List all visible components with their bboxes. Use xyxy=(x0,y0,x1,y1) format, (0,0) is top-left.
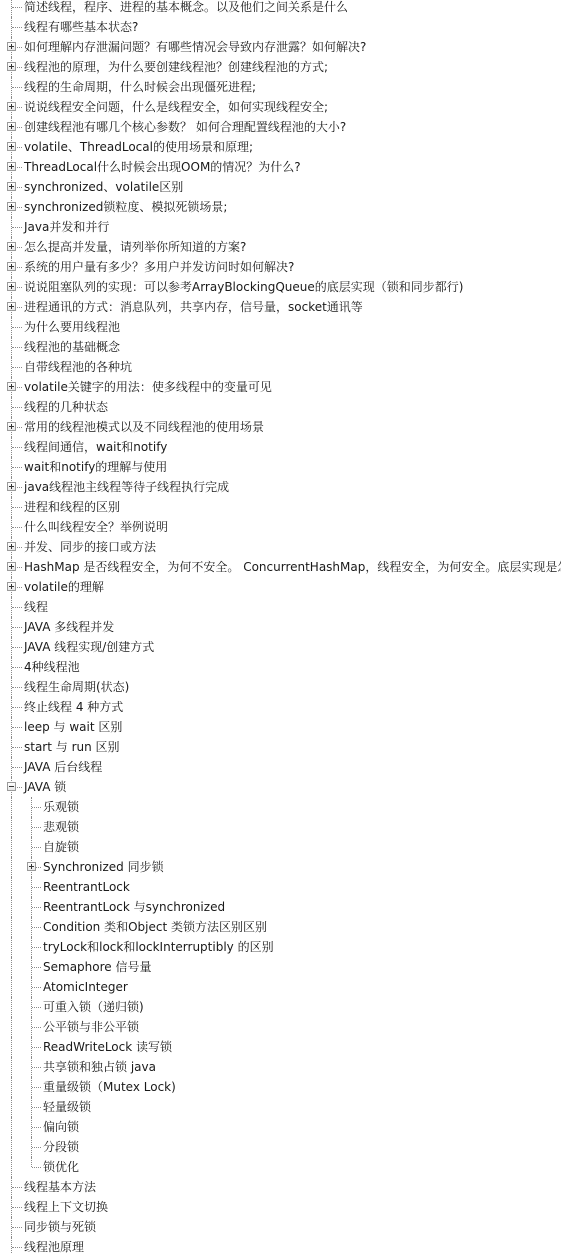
tree-branch-line xyxy=(32,947,41,948)
tree-branch-line xyxy=(12,667,22,668)
tree-node-label[interactable]: 进程和线程的区别 xyxy=(24,497,120,517)
tree-guide-line xyxy=(31,1157,32,1167)
tree-guide-line xyxy=(11,957,12,977)
tree-node-label[interactable]: 线程池的基础概念 xyxy=(24,337,120,357)
expand-plus-icon[interactable] xyxy=(7,162,16,171)
tree-branch-line xyxy=(32,1007,41,1008)
tree-node-label[interactable]: 线程间通信，wait和notify xyxy=(24,437,167,457)
tree-node[interactable]: JAVA 后台线程 xyxy=(0,757,561,777)
expand-plus-icon[interactable] xyxy=(7,282,16,291)
tree-node[interactable]: volatile关键字的用法：使多线程中的变量可见 xyxy=(0,377,561,397)
tree-node-label[interactable]: 终止线程 4 种方式 xyxy=(24,697,123,717)
tree-node-label[interactable]: 偏向锁 xyxy=(43,1117,79,1137)
tree-node-label[interactable]: 常用的线程池模式以及不同线程池的使用场景 xyxy=(24,417,264,437)
expand-plus-icon[interactable] xyxy=(7,202,16,211)
tree-node[interactable]: 怎么提高并发量，请列举你所知道的方案? xyxy=(0,237,561,257)
tree-guide-line xyxy=(11,837,12,857)
tree-node-label[interactable]: leep 与 wait 区别 xyxy=(24,717,122,737)
tree-guide-line xyxy=(11,797,12,817)
tree-child-node[interactable]: 偏向锁 xyxy=(0,1117,561,1137)
tree-child-node[interactable]: 自旋锁 xyxy=(0,837,561,857)
tree-node-label[interactable]: 同步锁与死锁 xyxy=(24,1217,96,1237)
expand-plus-icon[interactable] xyxy=(7,42,16,51)
tree-child-node[interactable]: 锁优化 xyxy=(0,1157,561,1177)
tree-branch-line xyxy=(32,887,41,888)
tree-guide-line xyxy=(11,1117,12,1137)
collapse-minus-icon[interactable] xyxy=(7,782,16,791)
tree-node-label[interactable]: 为什么要用线程池 xyxy=(24,317,120,337)
tree-node-label[interactable]: 共享锁和独占锁 java xyxy=(43,1057,156,1077)
tree-node[interactable]: 自带线程池的各种坑 xyxy=(0,357,561,377)
expand-plus-icon[interactable] xyxy=(7,562,16,571)
tree-node[interactable]: 常用的线程池模式以及不同线程池的使用场景 xyxy=(0,417,561,437)
tree-node[interactable]: 线程的几种状态 xyxy=(0,397,561,417)
tree-branch-line xyxy=(12,647,22,648)
tree-child-node[interactable]: 可重入锁（递归锁) xyxy=(0,997,561,1017)
expand-plus-icon[interactable] xyxy=(7,482,16,491)
expand-plus-icon[interactable] xyxy=(7,122,16,131)
tree-node-label[interactable]: Semaphore 信号量 xyxy=(43,957,151,977)
expand-plus-icon[interactable] xyxy=(7,422,16,431)
expand-plus-icon[interactable] xyxy=(7,142,16,151)
tree-branch-line xyxy=(12,507,22,508)
tree-guide-line xyxy=(11,1077,12,1097)
tree-node-label[interactable]: 4种线程池 xyxy=(24,657,80,677)
tree-node-label[interactable]: 线程上下文切换 xyxy=(24,1197,108,1217)
tree-node-label[interactable]: 线程基本方法 xyxy=(24,1177,96,1197)
expand-plus-icon[interactable] xyxy=(7,582,16,591)
tree-branch-line xyxy=(32,1127,41,1128)
tree-child-node[interactable]: 共享锁和独占锁 java xyxy=(0,1057,561,1077)
tree-branch-line xyxy=(32,1167,41,1168)
tree-node-label[interactable]: 可重入锁（递归锁) xyxy=(43,997,144,1017)
tree-node[interactable]: 什么叫线程安全？举例说明 xyxy=(0,517,561,537)
tree-guide-line xyxy=(11,1057,12,1077)
tree-node[interactable]: synchronized锁粒度、模拟死锁场景; xyxy=(0,197,561,217)
tree-guide-line xyxy=(11,1137,12,1157)
tree-node[interactable]: 系统的用户量有多少？多用户并发访问时如何解决? xyxy=(0,257,561,277)
tree-branch-line xyxy=(12,227,22,228)
tree-child-node[interactable]: 悲观锁 xyxy=(0,817,561,837)
tree-child-node[interactable]: Synchronized 同步锁 xyxy=(0,857,561,877)
tree-node-label[interactable]: java线程池主线程等待子线程执行完成 xyxy=(24,477,229,497)
tree-node-label[interactable]: 线程有哪些基本状态? xyxy=(24,17,138,37)
tree-node-label[interactable]: 线程池的原理，为什么要创建线程池？创建线程池的方式; xyxy=(24,57,328,77)
expand-plus-icon[interactable] xyxy=(7,242,16,251)
tree-node-label[interactable]: Synchronized 同步锁 xyxy=(43,857,164,877)
tree-guide-line xyxy=(11,1237,12,1254)
tree-guide-line xyxy=(11,857,12,877)
tree-node-label[interactable]: ReentrantLock 与synchronized xyxy=(43,897,225,917)
tree-branch-line xyxy=(12,747,22,748)
tree-guide-line xyxy=(11,997,12,1017)
tree-node[interactable]: HashMap 是否线程安全，为何不安全。 ConcurrentHashMap，… xyxy=(0,557,561,577)
tree-branch-line xyxy=(32,1087,41,1088)
tree-branch-line xyxy=(32,1147,41,1148)
tree-branch-line xyxy=(12,87,22,88)
tree-guide-line xyxy=(11,1037,12,1057)
expand-plus-icon[interactable] xyxy=(27,862,36,871)
tree-node-label[interactable]: JAVA 锁 xyxy=(24,777,66,797)
expand-plus-icon[interactable] xyxy=(7,102,16,111)
tree-branch-line xyxy=(32,807,41,808)
tree-child-node[interactable]: ReentrantLock 与synchronized xyxy=(0,897,561,917)
tree-node[interactable]: volatile、ThreadLocal的使用场景和原理; xyxy=(0,137,561,157)
tree-node[interactable]: 线程池的基础概念 xyxy=(0,337,561,357)
expand-plus-icon[interactable] xyxy=(7,542,16,551)
tree-child-node[interactable]: tryLock和lock和lockInterruptibly 的区别 xyxy=(0,937,561,957)
tree-node-label[interactable]: 怎么提高并发量，请列举你所知道的方案? xyxy=(24,237,246,257)
tree-node-label[interactable]: wait和notify的理解与使用 xyxy=(24,457,167,477)
tree-branch-line xyxy=(12,467,22,468)
tree-branch-line xyxy=(32,1027,41,1028)
tree-node-label[interactable]: 锁优化 xyxy=(43,1157,79,1177)
tree-child-node[interactable]: ReentrantLock xyxy=(0,877,561,897)
tree-node[interactable]: 如何理解内存泄漏问题？有哪些情况会导致内存泄露？如何解决? xyxy=(0,37,561,57)
tree-node-label[interactable]: volatile的理解 xyxy=(24,577,104,597)
tree-node[interactable]: volatile的理解 xyxy=(0,577,561,597)
tree-node-label[interactable]: 说说线程安全问题，什么是线程安全，如何实现线程安全; xyxy=(24,97,328,117)
tree-guide-line xyxy=(11,1157,12,1177)
expand-plus-icon[interactable] xyxy=(7,262,16,271)
tree-node[interactable]: 并发、同步的接口或方法 xyxy=(0,537,561,557)
tree-node[interactable]: 线程生命周期(状态) xyxy=(0,677,561,697)
tree-child-node[interactable]: 分段锁 xyxy=(0,1137,561,1157)
tree-node-label[interactable]: 什么叫线程安全？举例说明 xyxy=(24,517,168,537)
tree-branch-line xyxy=(12,607,22,608)
tree-node-label[interactable]: 分段锁 xyxy=(43,1137,79,1157)
tree-node-label[interactable]: 线程池原理 xyxy=(24,1237,84,1254)
tree-node[interactable]: 终止线程 4 种方式 xyxy=(0,697,561,717)
tree-branch-line xyxy=(12,367,22,368)
tree-branch-line xyxy=(12,407,22,408)
tree-node[interactable]: JAVA 锁 xyxy=(0,777,561,797)
tree-node-label[interactable]: JAVA 线程实现/创建方式 xyxy=(24,637,154,657)
tree-branch-line xyxy=(12,327,22,328)
tree-branch-line xyxy=(32,827,41,828)
tree-node[interactable]: 说说阻塞队列的实现：可以参考ArrayBlockingQueue的底层实现（锁和… xyxy=(0,277,561,297)
tree-branch-line xyxy=(12,27,22,28)
tree-branch-line xyxy=(32,927,41,928)
tree-branch-line xyxy=(32,1067,41,1068)
tree-node[interactable]: 线程间通信，wait和notify xyxy=(0,437,561,457)
tree-node-label[interactable]: 线程生命周期(状态) xyxy=(24,677,129,697)
tree-child-node[interactable]: ReadWriteLock 读写锁 xyxy=(0,1037,561,1057)
tree-node[interactable]: 线程基本方法 xyxy=(0,1177,561,1197)
tree-branch-line xyxy=(32,967,41,968)
tree-branch-line xyxy=(12,707,22,708)
tree-branch-line xyxy=(32,847,41,848)
expand-plus-icon[interactable] xyxy=(7,62,16,71)
tree-node[interactable]: 创建线程池有哪几个核心参数？ 如何合理配置线程池的大小? xyxy=(0,117,561,137)
tree-node-label[interactable]: 系统的用户量有多少？多用户并发访问时如何解决? xyxy=(24,257,294,277)
tree-node-label[interactable]: 简述线程，程序、进程的基本概念。以及他们之间关系是什么 xyxy=(24,0,348,17)
tree-node-label[interactable]: 进程通讯的方式：消息队列，共享内存，信号量，socket通讯等 xyxy=(24,297,363,317)
tree-node-label[interactable]: 重量级锁（Mutex Lock) xyxy=(43,1077,176,1097)
tree-node[interactable]: start 与 run 区别 xyxy=(0,737,561,757)
tree-node-label[interactable]: 轻量级锁 xyxy=(43,1097,91,1117)
tree-node[interactable]: 线程 xyxy=(0,597,561,617)
tree-guide-line xyxy=(11,0,12,17)
tree-node-label[interactable]: synchronized、volatile区别 xyxy=(24,177,183,197)
tree-node[interactable]: 为什么要用线程池 xyxy=(0,317,561,337)
tree-child-node[interactable]: 公平锁与非公平锁 xyxy=(0,1017,561,1037)
outline-tree: 简述线程，程序、进程的基本概念。以及他们之间关系是什么线程有哪些基本状态?如何理… xyxy=(0,0,561,1254)
tree-guide-line xyxy=(11,817,12,837)
tree-node-label[interactable]: Condition 类和Object 类锁方法区别区别 xyxy=(43,917,267,937)
tree-child-node[interactable]: Semaphore 信号量 xyxy=(0,957,561,977)
tree-node[interactable]: java线程池主线程等待子线程执行完成 xyxy=(0,477,561,497)
expand-plus-icon[interactable] xyxy=(7,182,16,191)
tree-guide-line xyxy=(11,937,12,957)
tree-branch-line xyxy=(12,7,22,8)
tree-node-label[interactable]: 乐观锁 xyxy=(43,797,79,817)
tree-node-label[interactable]: synchronized锁粒度、模拟死锁场景; xyxy=(24,197,227,217)
tree-node[interactable]: 同步锁与死锁 xyxy=(0,1217,561,1237)
tree-branch-line xyxy=(32,1047,41,1048)
tree-guide-line xyxy=(11,1017,12,1037)
tree-node-label[interactable]: 说说阻塞队列的实现：可以参考ArrayBlockingQueue的底层实现（锁和… xyxy=(24,277,463,297)
tree-node[interactable]: JAVA 线程实现/创建方式 xyxy=(0,637,561,657)
tree-node[interactable]: 进程通讯的方式：消息队列，共享内存，信号量，socket通讯等 xyxy=(0,297,561,317)
tree-node[interactable]: Java并发和并行 xyxy=(0,217,561,237)
tree-guide-line xyxy=(11,977,12,997)
tree-node[interactable]: JAVA 多线程并发 xyxy=(0,617,561,637)
tree-node-label[interactable]: Java并发和并行 xyxy=(24,217,109,237)
tree-node-label[interactable]: 线程的生命周期，什么时候会出现僵死进程; xyxy=(24,77,256,97)
tree-guide-line xyxy=(11,917,12,937)
tree-branch-line xyxy=(12,767,22,768)
tree-node[interactable]: 线程池的原理，为什么要创建线程池？创建线程池的方式; xyxy=(0,57,561,77)
tree-node-label[interactable]: start 与 run 区别 xyxy=(24,737,120,757)
tree-branch-line xyxy=(12,1227,22,1228)
tree-node-label[interactable]: ReadWriteLock 读写锁 xyxy=(43,1037,172,1057)
tree-node-label[interactable]: 自旋锁 xyxy=(43,837,79,857)
tree-node-label[interactable]: 线程 xyxy=(24,597,48,617)
tree-branch-line xyxy=(12,347,22,348)
tree-node-label[interactable]: AtomicInteger xyxy=(43,977,128,997)
tree-branch-line xyxy=(32,987,41,988)
tree-node-label[interactable]: 自带线程池的各种坑 xyxy=(24,357,132,377)
tree-node[interactable]: 线程上下文切换 xyxy=(0,1197,561,1217)
tree-branch-line xyxy=(12,687,22,688)
tree-branch-line xyxy=(12,1187,22,1188)
tree-child-node[interactable]: 乐观锁 xyxy=(0,797,561,817)
expand-plus-icon[interactable] xyxy=(7,382,16,391)
tree-node-label[interactable]: 公平锁与非公平锁 xyxy=(43,1017,139,1037)
tree-branch-line xyxy=(12,1207,22,1208)
tree-node[interactable]: 说说线程安全问题，什么是线程安全，如何实现线程安全; xyxy=(0,97,561,117)
tree-node-label[interactable]: 创建线程池有哪几个核心参数？ 如何合理配置线程池的大小? xyxy=(24,117,346,137)
tree-node-label[interactable]: tryLock和lock和lockInterruptibly 的区别 xyxy=(43,937,274,957)
tree-node-label[interactable]: 线程的几种状态 xyxy=(24,397,108,417)
tree-guide-line xyxy=(11,877,12,897)
tree-node[interactable]: 线程池原理 xyxy=(0,1237,561,1254)
tree-branch-line xyxy=(32,1107,41,1108)
tree-node-label[interactable]: volatile、ThreadLocal的使用场景和原理; xyxy=(24,137,253,157)
tree-child-node[interactable]: 轻量级锁 xyxy=(0,1097,561,1117)
tree-node-label[interactable]: ReentrantLock xyxy=(43,877,130,897)
tree-node[interactable]: 线程的生命周期，什么时候会出现僵死进程; xyxy=(0,77,561,97)
tree-node[interactable]: 进程和线程的区别 xyxy=(0,497,561,517)
tree-node-label[interactable]: 如何理解内存泄漏问题？有哪些情况会导致内存泄露？如何解决? xyxy=(24,37,366,57)
tree-guide-line xyxy=(11,897,12,917)
tree-node-label[interactable]: 并发、同步的接口或方法 xyxy=(24,537,156,557)
tree-node-label[interactable]: JAVA 后台线程 xyxy=(24,757,102,777)
tree-branch-line xyxy=(12,727,22,728)
tree-node-label[interactable]: volatile关键字的用法：使多线程中的变量可见 xyxy=(24,377,272,397)
tree-branch-line xyxy=(12,1247,22,1248)
tree-node-label[interactable]: ThreadLocal什么时候会出现OOM的情况？为什么? xyxy=(24,157,301,177)
tree-child-node[interactable]: AtomicInteger xyxy=(0,977,561,997)
tree-node[interactable]: 线程有哪些基本状态? xyxy=(0,17,561,37)
tree-node[interactable]: 4种线程池 xyxy=(0,657,561,677)
tree-guide-line xyxy=(11,1097,12,1117)
tree-node[interactable]: ThreadLocal什么时候会出现OOM的情况？为什么? xyxy=(0,157,561,177)
tree-node-label[interactable]: JAVA 多线程并发 xyxy=(24,617,114,637)
tree-node-label[interactable]: HashMap 是否线程安全，为何不安全。 ConcurrentHashMap，… xyxy=(24,557,561,577)
tree-branch-line xyxy=(12,527,22,528)
tree-child-node[interactable]: 重量级锁（Mutex Lock) xyxy=(0,1077,561,1097)
tree-node[interactable]: leep 与 wait 区别 xyxy=(0,717,561,737)
tree-node-label[interactable]: 悲观锁 xyxy=(43,817,79,837)
tree-child-node[interactable]: Condition 类和Object 类锁方法区别区别 xyxy=(0,917,561,937)
tree-node[interactable]: 简述线程，程序、进程的基本概念。以及他们之间关系是什么 xyxy=(0,0,561,17)
tree-branch-line xyxy=(12,447,22,448)
tree-branch-line xyxy=(32,907,41,908)
expand-plus-icon[interactable] xyxy=(7,302,16,311)
tree-node[interactable]: synchronized、volatile区别 xyxy=(0,177,561,197)
tree-node[interactable]: wait和notify的理解与使用 xyxy=(0,457,561,477)
tree-branch-line xyxy=(12,627,22,628)
